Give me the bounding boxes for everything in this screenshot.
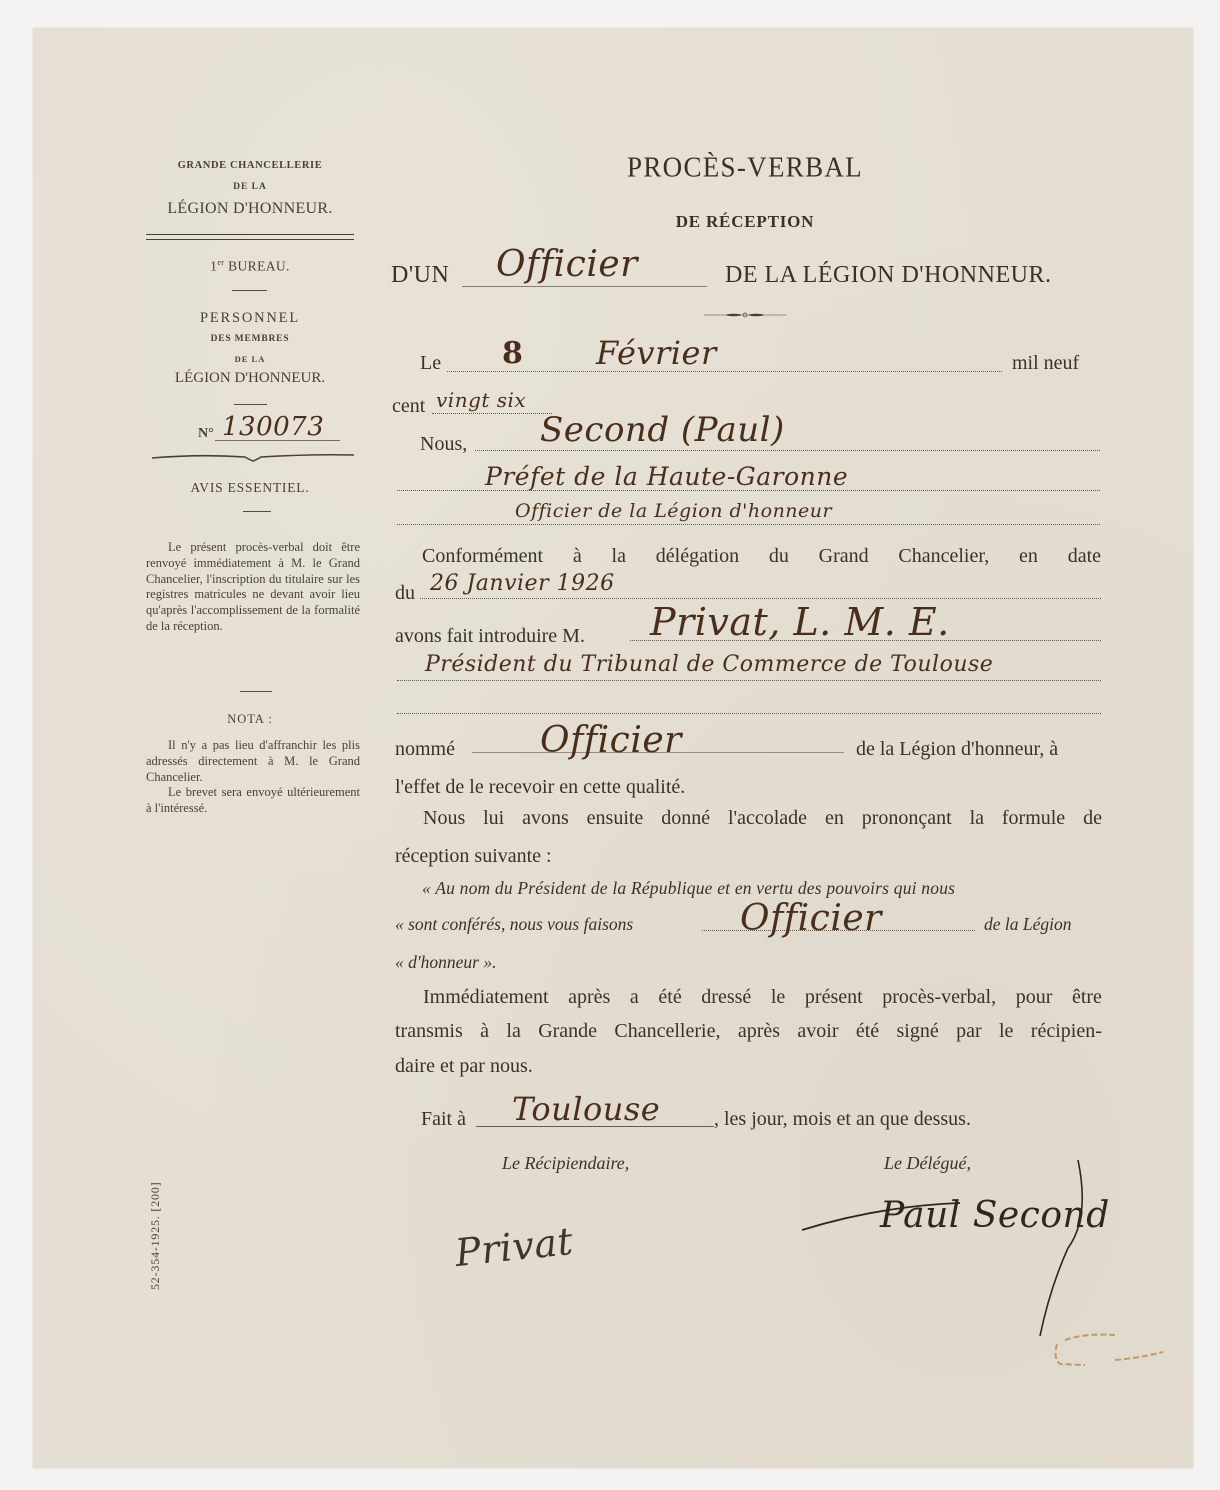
year-handwritten: vingt six [436,388,526,412]
formula-line-2-prefix: « sont conférés, nous vous faisons [395,914,633,935]
recipient-title-line [397,680,1101,681]
nomme-suffix: de la Légion d'honneur, à [856,738,1058,761]
conformement-line: ConformémentàladélégationduGrandChanceli… [422,545,1101,568]
delegate-signature-flourish [800,1158,1090,1338]
grade-handwritten: Officier [496,244,638,285]
org-line-1: GRANDE CHANCELLERIE [145,160,355,171]
nous-line [475,450,1100,451]
date-label: Le [420,352,441,375]
du-label: du [395,582,415,605]
year-label-1: mil neuf [1012,352,1079,375]
recipient-title: Président du Tribunal de Commerce de Tou… [425,652,993,677]
ink-stain [1045,1330,1175,1375]
registration-number: 130073 [222,412,324,442]
grade-prefix: D'UN [391,262,449,289]
grade-suffix: DE LA LÉGION D'HONNEUR. [725,262,1051,289]
fait-label: Fait à [421,1108,466,1131]
document-title: PROCÈS-VERBAL [560,151,930,184]
nota-paragraph: Il n'y a pas lieu d'affranchir les plis … [146,738,360,817]
bureau-label: 1er BUREAU. [145,258,355,275]
divider [234,404,267,405]
closing-line-2: transmisàlaGrandeChancellerie,aprèsavoir… [395,1020,1102,1043]
effet-line: l'effet de le recevoir en cette qualité. [395,776,685,799]
formula-line-3: « d'honneur ». [395,952,496,973]
org-line-3: LÉGION D'HONNEUR. [145,200,355,218]
accolade-line-1: Nousluiavonsensuitedonnél'accoladeenpron… [423,807,1102,830]
accolade-line-2: réception suivante : [395,845,552,868]
date-line [447,371,1002,372]
formula-line-2-suffix: de la Légion [984,914,1072,935]
fait-suffix: , les jour, mois et an que dessus. [714,1108,971,1131]
introduced-label: avons fait introduire M. [395,625,585,648]
delegate-name: Second (Paul) [540,410,785,450]
org-line-2: DE LA [145,182,355,192]
divider [240,691,272,692]
delegate-title-2: Officier de la Légion d'honneur [515,500,832,522]
blank-line [397,713,1101,714]
section-line-2: DES MEMBRES [145,334,355,344]
grade-line [462,286,707,287]
closing-line-1: Immédiatementaprèsaétédresséleprésentpro… [423,986,1102,1009]
nota-heading: NOTA : [145,712,355,727]
section-line-4: LÉGION D'HONNEUR. [145,370,355,387]
recipient-name: Privat, L. M. E. [650,600,950,644]
number-label: N° [198,426,214,442]
date-month: Février [596,334,717,372]
formula-line-1: « Au nom du Président de la République e… [422,878,955,899]
divider [232,290,267,291]
avis-heading: AVIS ESSENTIEL. [145,480,355,496]
delegate-signature: Paul Second [880,1195,1110,1236]
double-rule [146,234,354,240]
delegate-title-1: Préfet de la Haute-Garonne [485,462,848,491]
year-label-2: cent [392,395,425,418]
date-day: 8 [502,336,523,371]
delegate-title-line-2 [397,524,1100,525]
print-reference: 52-354-1925. [200] [148,1182,163,1290]
delegation-date-line [420,598,1101,599]
document-subtitle: DE RÉCEPTION [560,212,930,232]
recipient-signature-label: Le Récipiendaire, [502,1153,629,1174]
nomme-grade: Officier [540,720,682,761]
formula-grade: Officier [740,898,882,939]
number-underline [215,440,340,441]
scroll-rule [150,452,356,464]
fait-place: Toulouse [512,1090,660,1128]
closing-line-3: daire et par nous. [395,1055,533,1078]
delegation-date: 26 Janvier 1926 [430,571,615,596]
section-line-1: PERSONNEL [145,310,355,327]
nous-label: Nous, [420,433,467,456]
nomme-label: nommé [395,738,455,761]
year-line [432,413,552,414]
divider [243,511,271,512]
section-line-3: DE LA [145,354,355,364]
title-ornament [690,312,800,318]
avis-paragraph: Le présent procès-verbal doit être renvo… [146,540,360,635]
